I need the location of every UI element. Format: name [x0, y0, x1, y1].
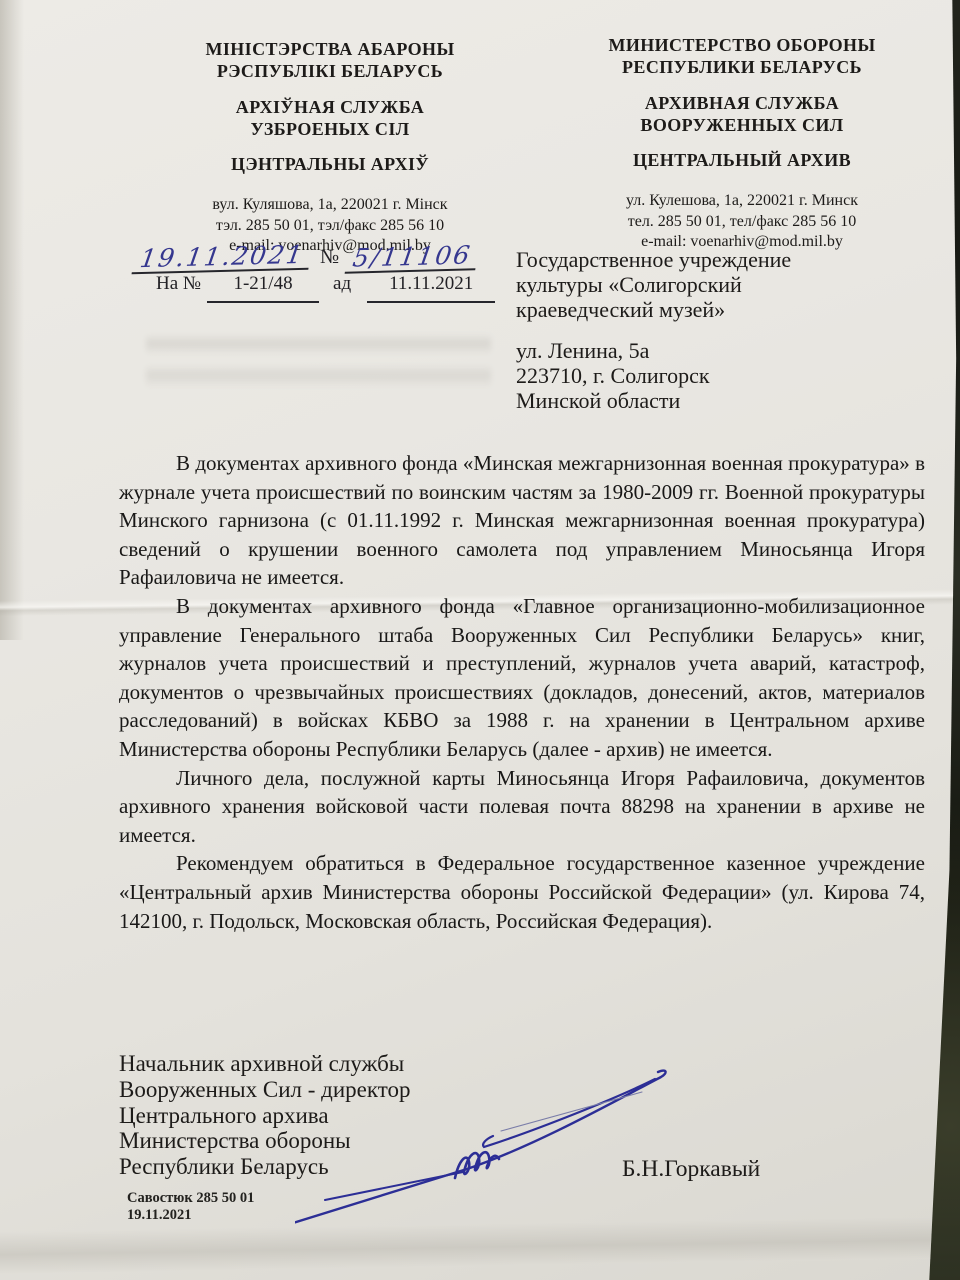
signer-name: Б.Н.Горкавый	[622, 1156, 760, 1183]
document-photo: МІНІСТЭРСТВА АБАРОНЫ РЭСПУБЛІКІ БЕЛАРУСЬ…	[0, 0, 960, 1280]
handwritten-signature	[295, 1042, 895, 1227]
handwritten-outgoing-date: 19.11.2021	[132, 242, 313, 275]
reference-block: 19.11.2021 № 5/11106 На № 1-21/48 ад 11.…	[134, 244, 514, 303]
archive-name: ЦЕНТРАЛЬНЫЙ АРХИВ	[556, 149, 928, 171]
incoming-date-label: ад	[333, 273, 351, 295]
letterhead-belarusian: МІНІСТЭРСТВА АБАРОНЫ РЭСПУБЛІКІ БЕЛАРУСЬ…	[144, 38, 516, 257]
incoming-number: 1-21/48	[207, 273, 319, 303]
executor-name-phone: Савостюк 285 50 01	[127, 1190, 254, 1207]
ministry-name-line: МИНИСТЕРСТВО ОБОРОНЫ	[556, 34, 928, 56]
incoming-number-label: На №	[156, 273, 201, 295]
letter-body: В документах архивного фонда «Минская ме…	[119, 449, 925, 935]
service-name-line: АРХІЎНАЯ СЛУЖБА	[144, 96, 516, 118]
executor-date: 19.11.2021	[127, 1207, 254, 1224]
body-paragraph: Личного дела, послужной карты Миносьянца…	[119, 764, 925, 850]
addressee-street: ул. Ленина, 5а	[516, 338, 926, 363]
incoming-reference-row: На № 1-21/48 ад 11.11.2021	[134, 273, 514, 303]
addressee-name-line: краеведческий музей»	[516, 297, 926, 322]
body-paragraph: Рекомендуем обратиться в Федеральное гос…	[119, 849, 925, 935]
letterhead-address-block: ул. Кулешова, 1а, 220021 г. Минск тел. 2…	[556, 191, 928, 253]
addressee-region: Минской области	[516, 388, 926, 413]
addressee-block: Государственное учреждение культуры «Сол…	[516, 247, 926, 413]
service-name-line: УЗБРОЕНЫХ СІЛ	[144, 118, 516, 140]
service-name-line: ВООРУЖЕННЫХ СИЛ	[556, 114, 928, 136]
number-sign: №	[320, 246, 339, 269]
ministry-name-line: РЕСПУБЛИКИ БЕЛАРУСЬ	[556, 56, 928, 78]
addressee-name-line: Государственное учреждение	[516, 247, 926, 272]
archive-name: ЦЭНТРАЛЬНЫ АРХІЎ	[144, 153, 516, 175]
street-address: вул. Куляшова, 1а, 220021 г. Мінск	[144, 195, 516, 216]
letterhead-russian: МИНИСТЕРСТВО ОБОРОНЫ РЕСПУБЛИКИ БЕЛАРУСЬ…	[556, 34, 928, 253]
ink-bleed-through	[146, 330, 491, 396]
handwritten-outgoing-number: 5/11106	[345, 242, 480, 273]
addressee-name-line: культуры «Солигорский	[516, 272, 926, 297]
ministry-name-line: РЭСПУБЛІКІ БЕЛАРУСЬ	[144, 60, 516, 82]
body-paragraph: В документах архивного фонда «Главное ор…	[119, 592, 925, 764]
phone-line: тэл. 285 50 01, тэл/факс 285 56 10	[144, 216, 516, 237]
paper-fold-left	[0, 0, 24, 640]
outgoing-reference-row: 19.11.2021 № 5/11106	[134, 244, 514, 272]
incoming-date: 11.11.2021	[367, 273, 495, 303]
phone-line: тел. 285 50 01, тел/факс 285 56 10	[556, 212, 928, 233]
body-paragraph: В документах архивного фонда «Минская ме…	[119, 449, 925, 592]
ministry-name-line: МІНІСТЭРСТВА АБАРОНЫ	[144, 38, 516, 60]
service-name-line: АРХИВНАЯ СЛУЖБА	[556, 92, 928, 114]
letter-paper: МІНІСТЭРСТВА АБАРОНЫ РЭСПУБЛІКІ БЕЛАРУСЬ…	[0, 0, 960, 1280]
addressee-city: 223710, г. Солигорск	[516, 363, 926, 388]
street-address: ул. Кулешова, 1а, 220021 г. Минск	[556, 191, 928, 212]
executor-block: Савостюк 285 50 01 19.11.2021	[127, 1190, 254, 1223]
